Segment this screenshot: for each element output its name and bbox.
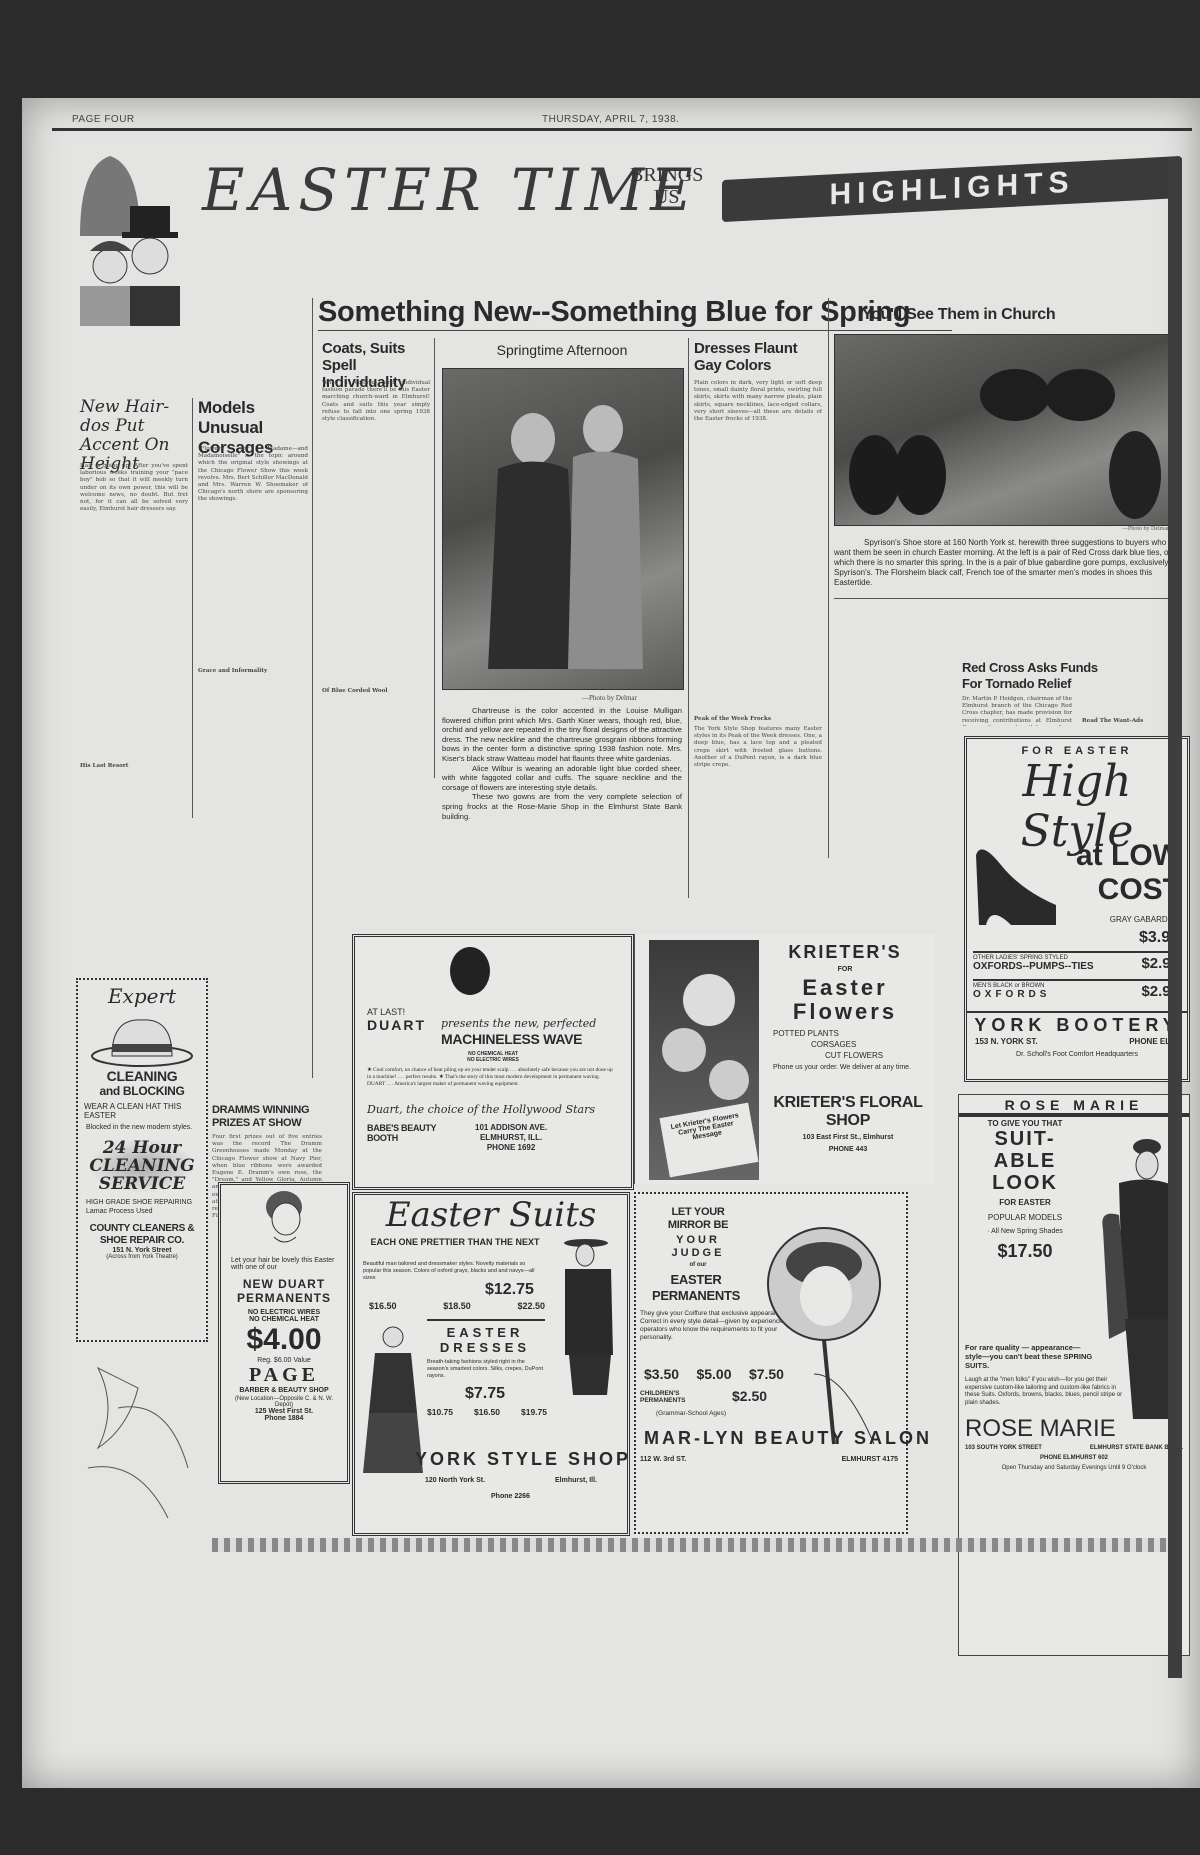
page-reg-value: Reg. $6.00 Value [221, 1357, 347, 1364]
dresses-body-2: The York Style Shop features many Easter… [694, 726, 822, 876]
cleaners-shoe: HIGH GRADE SHOE REPAIRING [86, 1199, 198, 1206]
page-product: NEW DUART PERMANENTS [221, 1277, 347, 1305]
rm-line-3: FOR EASTER [965, 1198, 1085, 1207]
york-style-script: Easter Suits [355, 1195, 627, 1235]
floral-border [212, 1538, 1182, 1552]
babes-presents: presents the new, perfected [441, 1017, 596, 1030]
corsages-body: "Flowers for Madame—and Madamoiselle" is… [198, 446, 308, 846]
dresses-body: Plain colors in dark, very light or soft… [694, 380, 822, 700]
page-fold-shadow [1168, 158, 1182, 1678]
marlyn-price-row: $3.50 $5.00 $7.50 [644, 1366, 784, 1382]
marlyn-headline-2: YOUR JUDGE [658, 1234, 738, 1260]
bootery-name: YORK BOOTERY [967, 1011, 1187, 1036]
cleaners-tag-2: Blocked in the new modern styles. [86, 1124, 198, 1131]
hat-icon [78, 1008, 206, 1068]
mar-lyn-ad: LET YOUR MIRROR BE YOUR JUDGE of our EAS… [634, 1192, 908, 1534]
marlyn-headline-1: LET YOUR MIRROR BE [658, 1206, 738, 1232]
couple-illustration [70, 146, 180, 326]
cleaners-name: COUNTY CLEANERS & SHOE REPAIR CO. [78, 1223, 206, 1247]
bootery-tag: Dr. Scholl's Foot Comfort Headquarters [967, 1051, 1187, 1058]
marlyn-children-price: $2.50 [732, 1388, 767, 1404]
hairdos-subhead: His Last Resort [80, 763, 188, 770]
york-style-dresses: EASTER DRESSES [425, 1325, 545, 1355]
rm-line-4: POPULAR MODELS [965, 1213, 1085, 1222]
marlyn-phone: ELMHURST 4175 [842, 1456, 898, 1463]
york-style-ad: Easter Suits EACH ONE PRETTIER THAN THE … [352, 1192, 630, 1536]
bootery-row-1: OTHER LADIES' SPRING STYLED OXFORDS--PUM… [973, 951, 1179, 972]
divider [427, 1319, 545, 1321]
page-intro: Let your hair be lovely this Easter with… [231, 1257, 337, 1271]
babes-phone: PHONE 1692 [475, 1143, 547, 1153]
page-sub: BARBER & BEAUTY SHOP [221, 1387, 347, 1394]
marlyn-of-our: of our [658, 1262, 738, 1268]
babes-feature-2: NO ELECTRIC WIRES [355, 1057, 631, 1063]
section-divider [834, 598, 1174, 599]
subtitle-line-2: US [630, 186, 703, 208]
dramms-headline: DRAMMS WINNING PRIZES AT SHOW [212, 1104, 322, 1130]
marlyn-children: CHILDREN'S PERMANENTS [640, 1390, 710, 1404]
column-divider [192, 398, 193, 818]
coats-body: What a colorful and individual fashion p… [322, 380, 430, 680]
krieters-easter: Easter [775, 976, 915, 1000]
rm-line-2: SUIT-ABLE LOOK [965, 1128, 1085, 1194]
cleaners-expert: Expert [78, 984, 206, 1008]
marlyn-name: MAR-LYN BEAUTY SALON [644, 1428, 932, 1449]
dress-price-row: $10.75 $16.50 $19.75 [427, 1407, 547, 1417]
red-cross-headline: Red Cross Asks Funds For Tornado Relief [962, 660, 1102, 692]
krieters-name: KRIETER'S [775, 942, 915, 963]
column-divider [312, 298, 313, 1078]
woman-suit-illustration [551, 1235, 621, 1445]
highlights-banner: HIGHLIGHTS [722, 156, 1182, 222]
krieters-for: FOR [775, 966, 915, 973]
caption-paragraph-1: Chartreuse is the color accented in the … [442, 706, 682, 764]
rm-body: Laugh at the "men folks" if you wish—for… [965, 1377, 1125, 1407]
masthead-title: EASTER TIME [202, 156, 698, 224]
page-phone: Phone 1884 [221, 1415, 347, 1422]
krieters-phone: PHONE 443 [773, 1146, 923, 1153]
babes-address: 101 ADDISON AVE. ELMHURST, ILL. PHONE 16… [475, 1123, 547, 1153]
header-rule [52, 128, 1192, 131]
feature-headline: Something New--Something Blue for Spring [318, 294, 952, 330]
dress-price-3: $19.75 [521, 1407, 547, 1417]
krieters-item-2: CORSAGES [773, 1039, 923, 1050]
york-style-body: Beautiful man tailored and dressmaker st… [363, 1261, 543, 1282]
rm-hours: Open Thursday and Saturday Evenings Unti… [959, 1465, 1189, 1471]
shoe-illustration [971, 835, 1061, 935]
krieters-address: 103 East First St., Elmhurst [773, 1134, 923, 1141]
krieters-item-3: CUT FLOWERS [773, 1050, 923, 1061]
rose-marie-ad: ROSE MARIE TO GIVE YOU THAT SUIT-ABLE LO… [958, 1094, 1190, 1656]
rose-marie-pitch-box: TO GIVE YOU THAT SUIT-ABLE LOOK FOR EAST… [965, 1119, 1085, 1262]
dress-price-1: $10.75 [427, 1407, 453, 1417]
york-style-dresses-body: Breath-taking fashions styled right in t… [427, 1359, 547, 1380]
shoes-photo [834, 334, 1176, 526]
woman-hairdo-icon [221, 1185, 347, 1255]
york-style-address: 120 North York St. [425, 1477, 485, 1484]
bootery-address: 153 N. YORK ST. [975, 1037, 1038, 1046]
marlyn-ages: (Grammar-School Ages) [656, 1410, 726, 1417]
rose-marie-header: ROSE MARIE [959, 1097, 1189, 1117]
krieters-item-1: POTTED PLANTS [773, 1028, 923, 1039]
dresses-headline: Dresses Flaunt Gay Colors [694, 340, 814, 374]
feature-header: Something New--Something Blue for Spring [318, 294, 952, 331]
red-cross-body: Dr. Martin P. Heidgen, chairman of the E… [962, 696, 1072, 726]
woman-silhouette-icon [445, 943, 495, 1003]
york-style-price-row: $16.50 $18.50 $22.50 [369, 1301, 545, 1311]
cleaners-address: 151 N. York Street [78, 1247, 206, 1254]
church-body: Spyrison's Shoe store at 160 North York … [834, 538, 1174, 588]
krieters-flowers: Flowers [775, 1000, 915, 1024]
babes-lead: AT LAST! [367, 1007, 405, 1017]
babes-name: BABE'S BEAUTY BOOTH [367, 1123, 437, 1143]
babes-beauty-ad: AT LAST! DUART presents the new, perfect… [352, 934, 634, 1190]
photo-credit: —Photo by Delmar [582, 694, 637, 702]
coats-subhead: Of Blue Corded Wool [322, 688, 430, 695]
corsages-subhead: Grace and Informality [198, 668, 308, 675]
want-ads-footer: Read The Want-Ads [1082, 718, 1143, 725]
rm-pitch: For rare quality — appearance— style—you… [965, 1343, 1095, 1370]
babes-slogan: Duart, the choice of the Hollywood Stars [367, 1103, 595, 1116]
page-location: (New Location—Opposite C. & N. W. Depot) [229, 1396, 339, 1408]
page-feature-2: NO CHEMICAL HEAT [221, 1316, 347, 1323]
krieters-shop: KRIETER'S FLORAL SHOP [773, 1094, 923, 1130]
cleaners-note: (Across from York Theatre) [78, 1254, 206, 1260]
caption-paragraph-3: These two gowns are from the very comple… [442, 792, 682, 821]
county-cleaners-ad: Expert CLEANING and BLOCKING WEAR A CLEA… [76, 978, 208, 1342]
rm-line-5: · All New Spring Shades [965, 1228, 1085, 1235]
page-barber-ad: Let your hair be lovely this Easter with… [218, 1182, 350, 1484]
shoes-photo-credit: —Photo by Delmar [1122, 526, 1169, 532]
dresses-subhead: Peak of the Week Frocks [694, 716, 822, 723]
york-bootery-ad: FOR EASTER High Style at LOW COST GRAY G… [964, 736, 1190, 1082]
marlyn-price-2: $5.00 [696, 1366, 731, 1382]
babes-address-1: 101 ADDISON AVE. [475, 1123, 547, 1133]
krieters-items: POTTED PLANTS CORSAGES CUT FLOWERS [773, 1028, 923, 1061]
cleaners-service: 24 Hour CLEANING SERVICE [88, 1139, 196, 1193]
cleaners-tag-1: WEAR A CLEAN HAT THIS EASTER [84, 1102, 200, 1120]
marlyn-headline-3: EASTER PERMANENTS [646, 1272, 746, 1304]
rm-price: $17.50 [965, 1241, 1085, 1262]
photo-caption: Chartreuse is the color accented in the … [442, 706, 682, 821]
issue-date: THURSDAY, APRIL 7, 1938. [542, 114, 679, 125]
suit-price-1: $16.50 [369, 1301, 397, 1311]
page-feature-1: NO ELECTRIC WIRES [221, 1309, 347, 1316]
newspaper-page: PAGE FOUR THURSDAY, APRIL 7, 1938. EASTE… [22, 98, 1200, 1788]
column-divider [434, 338, 435, 778]
babes-address-2: ELMHURST, ILL. [475, 1133, 547, 1143]
masthead-subtitle: BRINGS US [630, 164, 703, 208]
page-address: 125 West First St. [221, 1408, 347, 1415]
photo-title: Springtime Afternoon [442, 342, 682, 358]
krieters-ad: Let Krieter's Flowers Carry The Easter M… [634, 934, 935, 1184]
rm-address: 103 SOUTH YORK STREET [965, 1445, 1042, 1451]
york-style-sub: EACH ONE PRETTIER THAN THE NEXT [365, 1237, 545, 1247]
suit-price-3: $22.50 [517, 1301, 545, 1311]
lily-illustration [78, 1348, 198, 1528]
marlyn-address: 112 W. 3rd ST. [640, 1456, 686, 1463]
fashion-photo [442, 368, 684, 690]
cleaners-line-1: CLEANING [78, 1068, 206, 1084]
page-price: $4.00 [221, 1323, 347, 1357]
rm-name: ROSE MARIE [965, 1415, 1116, 1443]
page-label: PAGE FOUR [72, 114, 135, 125]
page-name: PAGE [221, 1364, 347, 1387]
church-continued [834, 604, 954, 664]
column-divider [688, 338, 689, 898]
woman-dress-illustration [359, 1323, 423, 1513]
subtitle-line-1: BRINGS [630, 164, 703, 186]
york-style-phone: Phone 2266 [491, 1493, 530, 1500]
babes-product: MACHINELESS WAVE [441, 1031, 582, 1047]
york-style-name: YORK STYLE SHOP [415, 1449, 631, 1470]
suit-price-2: $18.50 [443, 1301, 471, 1311]
hairdos-body: Hair is going up! After you've spent lab… [80, 463, 188, 753]
krieters-note: Phone us your order. We deliver at any t… [773, 1064, 923, 1071]
bootery-low-cost: at LOW COST [1061, 839, 1181, 907]
bootery-row-2: MEN'S BLACK or BROWN OXFORDS $2.95 [973, 979, 1179, 1000]
babes-body: ★ Cool comfort, no chance of heat piling… [367, 1067, 617, 1088]
york-style-city: Elmhurst, Ill. [555, 1477, 597, 1484]
easter-lily-photo: Let Krieter's Flowers Carry The Easter M… [649, 940, 759, 1180]
dress-price-2: $16.50 [474, 1407, 500, 1417]
york-style-main-price: $12.75 [485, 1281, 534, 1299]
cleaners-line-2: and BLOCKING [78, 1084, 206, 1098]
marlyn-price-1: $3.50 [644, 1366, 679, 1382]
rm-line-1: TO GIVE YOU THAT [965, 1119, 1085, 1128]
church-headline: You'll See Them in Church [862, 306, 1055, 324]
column-divider [828, 298, 829, 858]
cleaners-process: Lamac Process Used [86, 1208, 198, 1215]
dress-main-price: $7.75 [425, 1385, 545, 1403]
rm-phone: PHONE ELMHURST 602 [959, 1455, 1189, 1461]
babes-brand: DUART [367, 1017, 426, 1033]
caption-paragraph-2: Alice Wilbur is wearing an adorable ligh… [442, 764, 682, 793]
